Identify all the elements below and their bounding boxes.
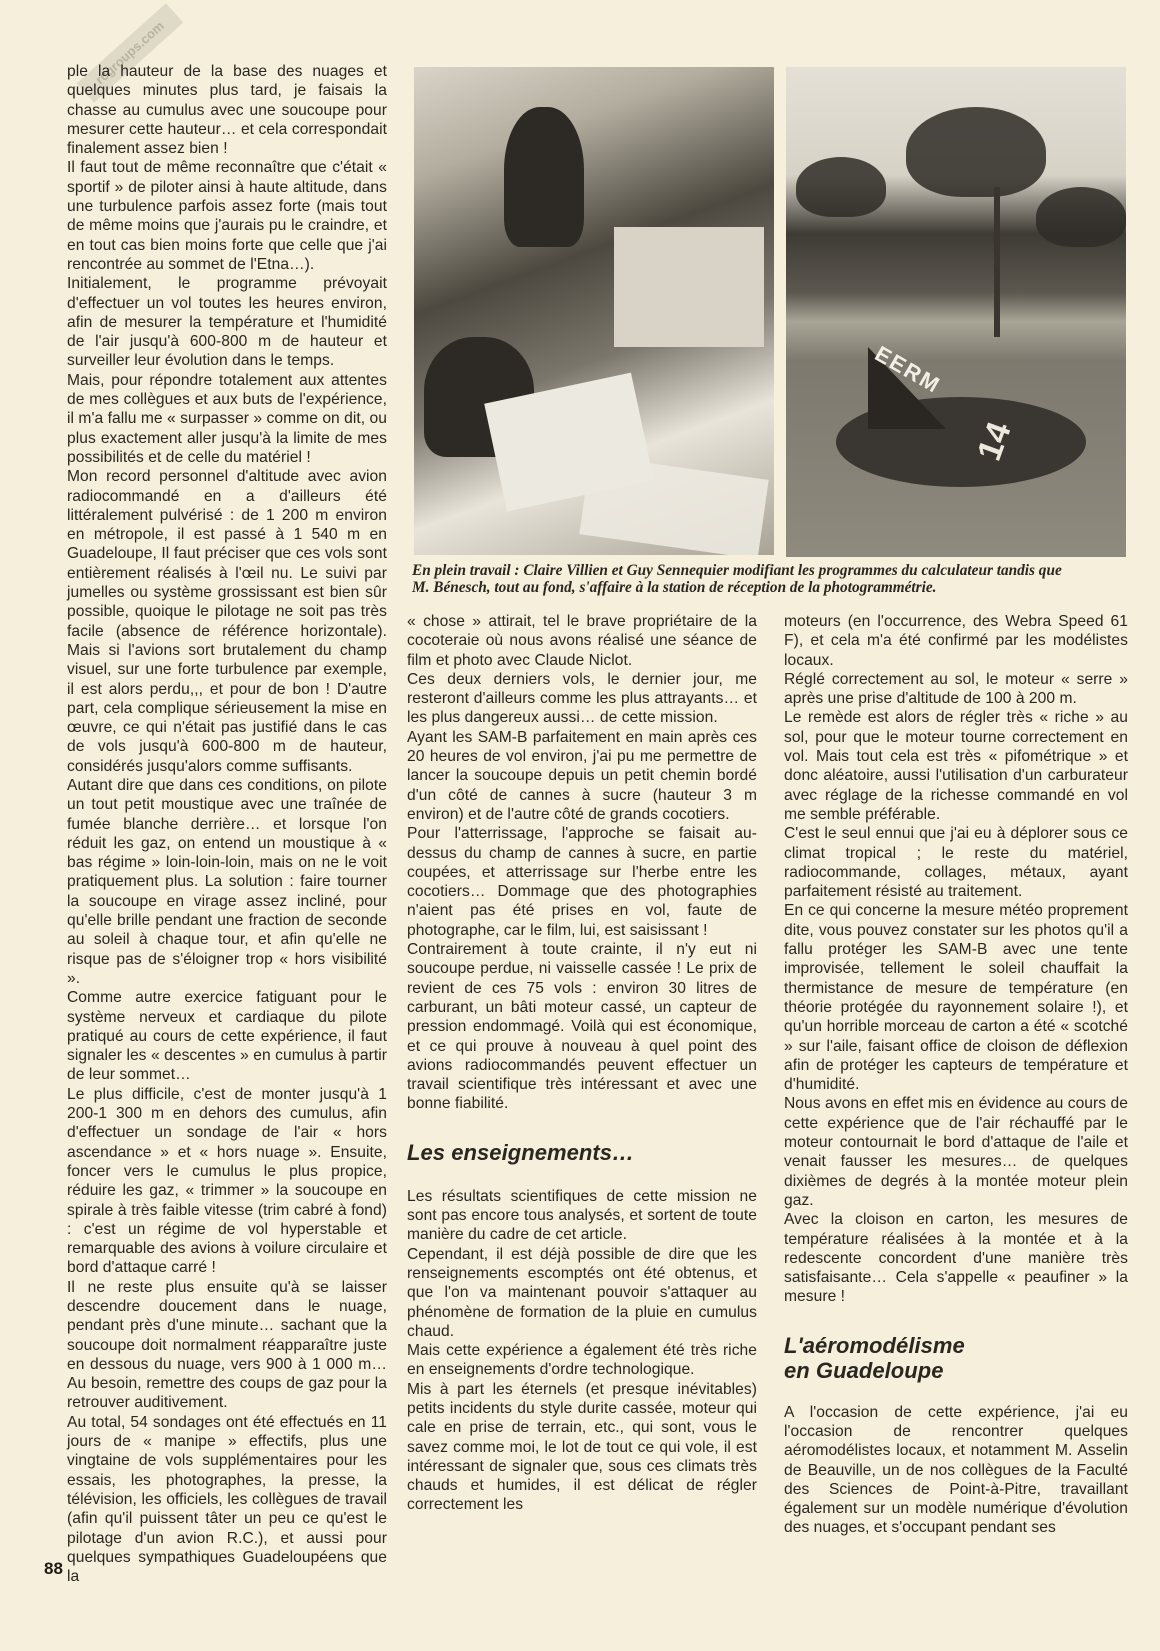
paragraph: Nous avons en effet mis en évidence au c… <box>784 1094 1128 1210</box>
photo-saucer-aircraft: EERM 14 <box>786 67 1126 557</box>
computer-equipment <box>614 227 764 347</box>
paragraph: C'est le seul ennui que j'ai eu à déplor… <box>784 824 1128 901</box>
section-heading: L'aéromodélisme en Guadeloupe <box>784 1333 1128 1383</box>
paragraph: Il faut tout de même reconnaître que c'é… <box>67 158 387 274</box>
paragraph: Le plus difficile, c'est de monter jusqu… <box>67 1085 387 1278</box>
article-column-3: moteurs (en l'occurrence, des Webra Spee… <box>784 612 1128 1538</box>
photo-caption: En plein travail : Claire Villien et Guy… <box>412 562 1132 596</box>
person-silhouette <box>504 107 584 247</box>
paragraph: Initialement, le programme prévoyait d'e… <box>67 274 387 370</box>
paragraph: Mis à part les éternels (et presque inév… <box>407 1380 757 1515</box>
paragraph: Il ne reste plus ensuite qu'à se laisser… <box>67 1278 387 1413</box>
article-column-1: ple la hauteur de la base des nuages et … <box>67 62 387 1586</box>
palm-tree <box>796 157 886 217</box>
heading-line: L'aéromodélisme <box>784 1333 965 1358</box>
palm-tree <box>1036 187 1126 247</box>
paragraph: Ayant les SAM-B parfaitement en main apr… <box>407 728 757 824</box>
paragraph: ple la hauteur de la base des nuages et … <box>67 62 387 158</box>
paragraph: A l'occasion de cette expérience, j'ai e… <box>784 1403 1128 1538</box>
paragraph: Autant dire que dans ces conditions, on … <box>67 776 387 988</box>
page-number: 88 <box>44 1559 63 1579</box>
caption-line: M. Bénesch, tout au fond, s'affaire à la… <box>412 579 1132 596</box>
paragraph: Réglé correctement au sol, le moteur « s… <box>784 670 1128 709</box>
caption-line: En plein travail : Claire Villien et Guy… <box>412 562 1132 579</box>
palm-tree <box>906 107 1046 197</box>
paragraph: Les résultats scientifiques de cette mis… <box>407 1187 757 1245</box>
papers <box>579 455 768 555</box>
paragraph: Mais, pour répondre totalement aux atten… <box>67 371 387 467</box>
section-heading: Les enseignements… <box>407 1140 757 1165</box>
paragraph: « chose » attirait, tel le brave proprié… <box>407 612 757 670</box>
paragraph: Mon record personnel d'altitude avec avi… <box>67 467 387 776</box>
paragraph: Le remède est alors de régler très « ric… <box>784 708 1128 824</box>
paragraph: Avec la cloison en carton, les mesures d… <box>784 1210 1128 1306</box>
paragraph: Pour l'atterrissage, l'approche se faisa… <box>407 824 757 940</box>
paragraph: Mais cette expérience a également été tr… <box>407 1341 757 1380</box>
article-column-2: « chose » attirait, tel le brave proprié… <box>407 612 757 1515</box>
photo-office-work <box>414 67 774 555</box>
heading-line: en Guadeloupe <box>784 1358 944 1383</box>
paragraph: Comme autre exercice fatiguant pour le s… <box>67 988 387 1084</box>
paragraph: En ce qui concerne la mesure météo propr… <box>784 901 1128 1094</box>
paragraph: Contrairement à toute crainte, il n'y eu… <box>407 940 757 1114</box>
paragraph: Ces deux derniers vols, le dernier jour,… <box>407 670 757 728</box>
palm-trunk <box>994 187 1000 337</box>
paragraph: Au total, 54 sondages ont été effectués … <box>67 1413 387 1587</box>
paragraph: moteurs (en l'occurrence, des Webra Spee… <box>784 612 1128 670</box>
paragraph: Cependant, il est déjà possible de dire … <box>407 1245 757 1341</box>
